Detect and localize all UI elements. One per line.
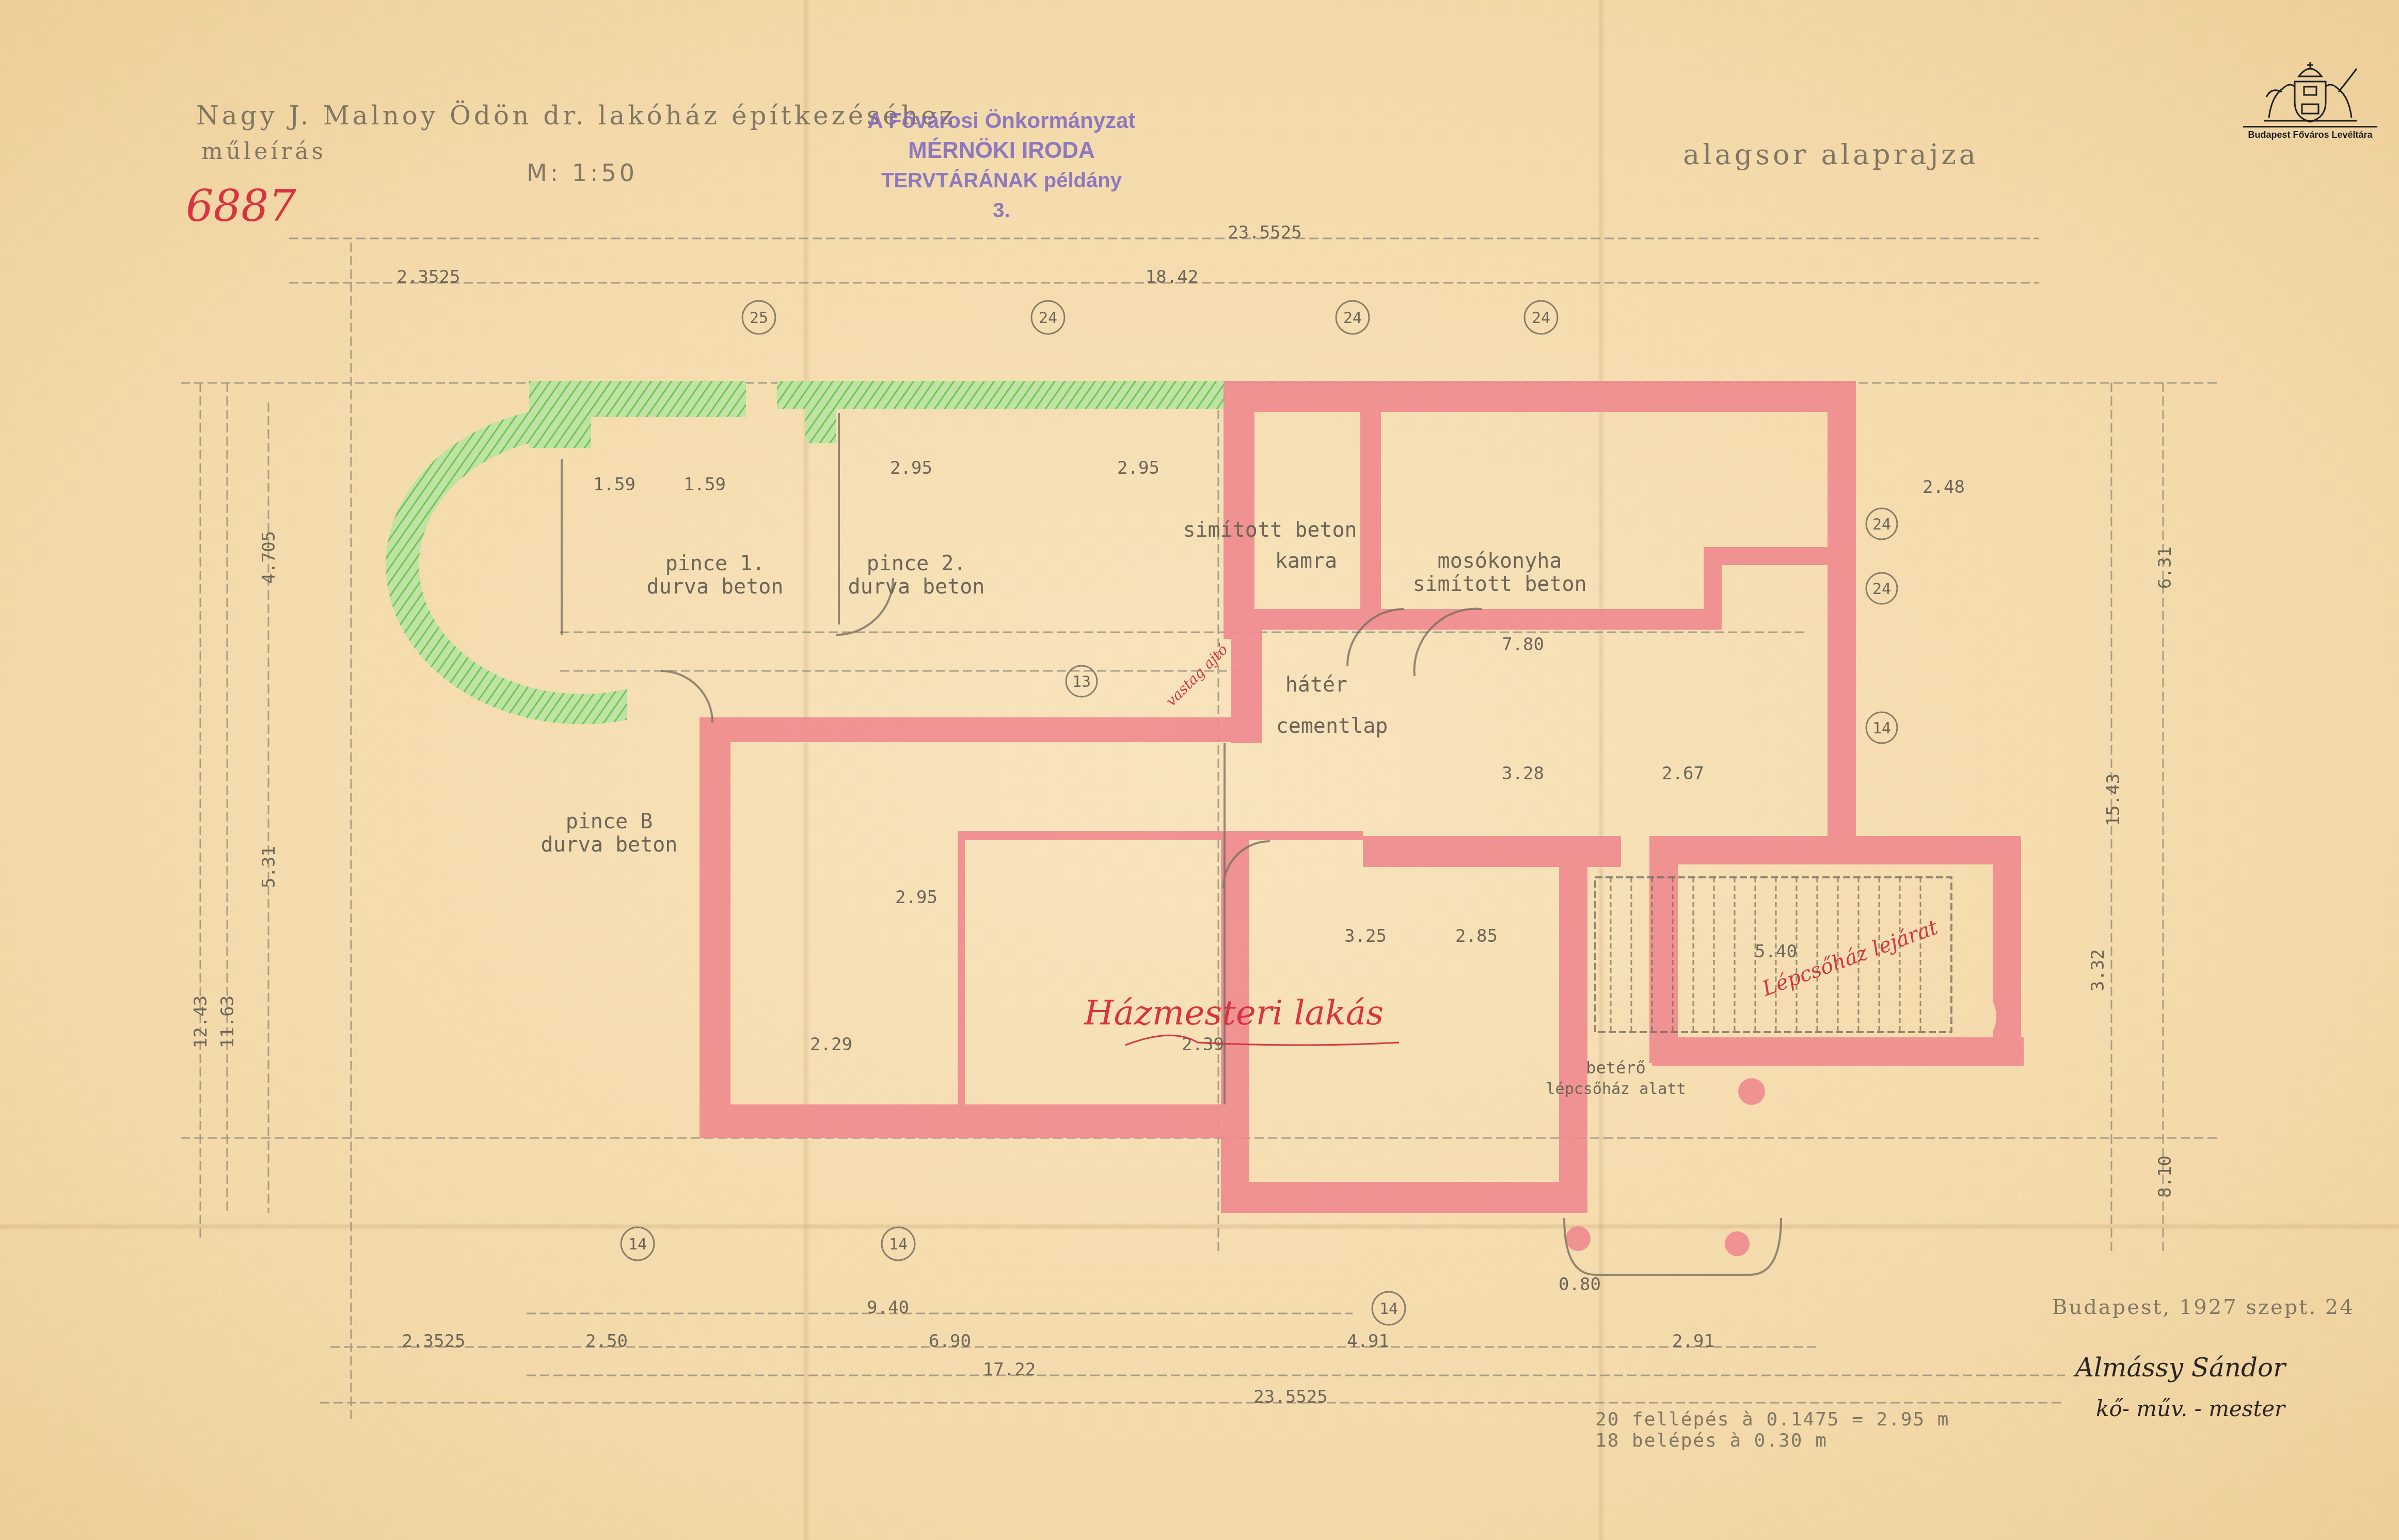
svg-text:14: 14 bbox=[1379, 1300, 1398, 1318]
svg-text:2.3525: 2.3525 bbox=[402, 1331, 466, 1352]
svg-text:2.48: 2.48 bbox=[1923, 477, 1965, 498]
svg-text:2.95: 2.95 bbox=[890, 458, 932, 478]
svg-text:durva beton: durva beton bbox=[647, 575, 784, 599]
svg-text:3.32: 3.32 bbox=[2088, 949, 2108, 991]
svg-text:0.80: 0.80 bbox=[1559, 1274, 1601, 1295]
svg-text:24: 24 bbox=[1343, 309, 1362, 327]
svg-text:simított beton: simított beton bbox=[1412, 572, 1586, 596]
section-markers bbox=[621, 301, 1897, 1325]
svg-text:5.31: 5.31 bbox=[259, 846, 279, 888]
existing-walls bbox=[386, 381, 1226, 724]
svg-text:cementlap: cementlap bbox=[1276, 714, 1388, 738]
svg-text:14: 14 bbox=[889, 1236, 908, 1254]
svg-text:8.10: 8.10 bbox=[2155, 1156, 2175, 1198]
svg-text:2.85: 2.85 bbox=[1455, 926, 1498, 947]
svg-text:14: 14 bbox=[628, 1236, 647, 1254]
svg-text:4.705: 4.705 bbox=[259, 531, 279, 584]
svg-text:2.95: 2.95 bbox=[1117, 458, 1159, 478]
svg-text:kamra: kamra bbox=[1275, 549, 1337, 573]
svg-text:Házmesteri lakás: Házmesteri lakás bbox=[1084, 993, 1384, 1033]
svg-text:2.67: 2.67 bbox=[1662, 763, 1704, 784]
svg-text:lépcsőház alatt: lépcsőház alatt bbox=[1546, 1080, 1686, 1098]
svg-text:vastag ajtó: vastag ajtó bbox=[1163, 641, 1231, 710]
svg-text:12.43: 12.43 bbox=[190, 996, 211, 1048]
svg-text:2.3525: 2.3525 bbox=[397, 267, 460, 287]
svg-text:17.22: 17.22 bbox=[983, 1359, 1036, 1380]
svg-text:6.31: 6.31 bbox=[2155, 547, 2175, 589]
svg-text:23.5525: 23.5525 bbox=[1253, 1387, 1327, 1407]
svg-text:durva beton: durva beton bbox=[848, 575, 985, 599]
svg-text:7.80: 7.80 bbox=[1502, 634, 1544, 655]
svg-text:14: 14 bbox=[1872, 719, 1891, 737]
svg-text:pince B: pince B bbox=[566, 810, 653, 833]
svg-text:23.5525: 23.5525 bbox=[1228, 222, 1301, 243]
svg-text:11.63: 11.63 bbox=[217, 996, 238, 1048]
svg-text:2.50: 2.50 bbox=[585, 1331, 628, 1352]
svg-text:pince 1.: pince 1. bbox=[665, 552, 765, 575]
svg-text:durva beton: durva beton bbox=[541, 833, 678, 857]
svg-text:25: 25 bbox=[750, 309, 768, 327]
svg-text:hátér: hátér bbox=[1285, 673, 1347, 697]
svg-text:24: 24 bbox=[1872, 516, 1891, 534]
svg-text:6.90: 6.90 bbox=[929, 1331, 971, 1352]
floor-plan: 25 24 24 24 24 24 14 14 14 13 14 pince 1… bbox=[0, 0, 2399, 1540]
svg-text:1.59: 1.59 bbox=[593, 474, 636, 495]
dimension-lines bbox=[181, 238, 2220, 1419]
svg-text:13: 13 bbox=[1072, 673, 1091, 691]
stair-note: 20 fellépés à 0.1475 = 2.95 m 18 belépés… bbox=[1595, 1409, 1950, 1451]
svg-text:3.28: 3.28 bbox=[1502, 763, 1544, 784]
svg-text:24: 24 bbox=[1039, 309, 1057, 327]
apartment-underline bbox=[1125, 1035, 1399, 1045]
svg-text:18.42: 18.42 bbox=[1146, 267, 1198, 287]
svg-text:1.59: 1.59 bbox=[684, 474, 726, 495]
svg-text:betérő: betérő bbox=[1586, 1058, 1646, 1078]
svg-text:3.25: 3.25 bbox=[1344, 926, 1387, 947]
svg-text:4.91: 4.91 bbox=[1347, 1331, 1389, 1352]
signature: Almássy Sándor kő- műv. - mester bbox=[2075, 1347, 2285, 1430]
svg-text:24: 24 bbox=[1532, 309, 1550, 327]
svg-text:pince 2.: pince 2. bbox=[867, 552, 966, 575]
marker-labels: 25 24 24 24 24 24 14 14 14 13 14 bbox=[628, 309, 1891, 1318]
svg-text:24: 24 bbox=[1872, 580, 1891, 598]
new-walls bbox=[700, 381, 2024, 1256]
svg-text:simított beton: simított beton bbox=[1183, 518, 1357, 542]
svg-text:15.43: 15.43 bbox=[2103, 774, 2124, 826]
svg-text:9.40: 9.40 bbox=[867, 1297, 909, 1318]
svg-text:2.91: 2.91 bbox=[1672, 1331, 1714, 1352]
svg-text:5.40: 5.40 bbox=[1755, 941, 1797, 962]
svg-text:mosókonyha: mosókonyha bbox=[1438, 549, 1562, 573]
svg-text:2.95: 2.95 bbox=[895, 887, 938, 908]
place-date: Budapest, 1927 szept. 24 bbox=[2052, 1295, 2355, 1319]
svg-text:2.29: 2.29 bbox=[810, 1034, 852, 1055]
